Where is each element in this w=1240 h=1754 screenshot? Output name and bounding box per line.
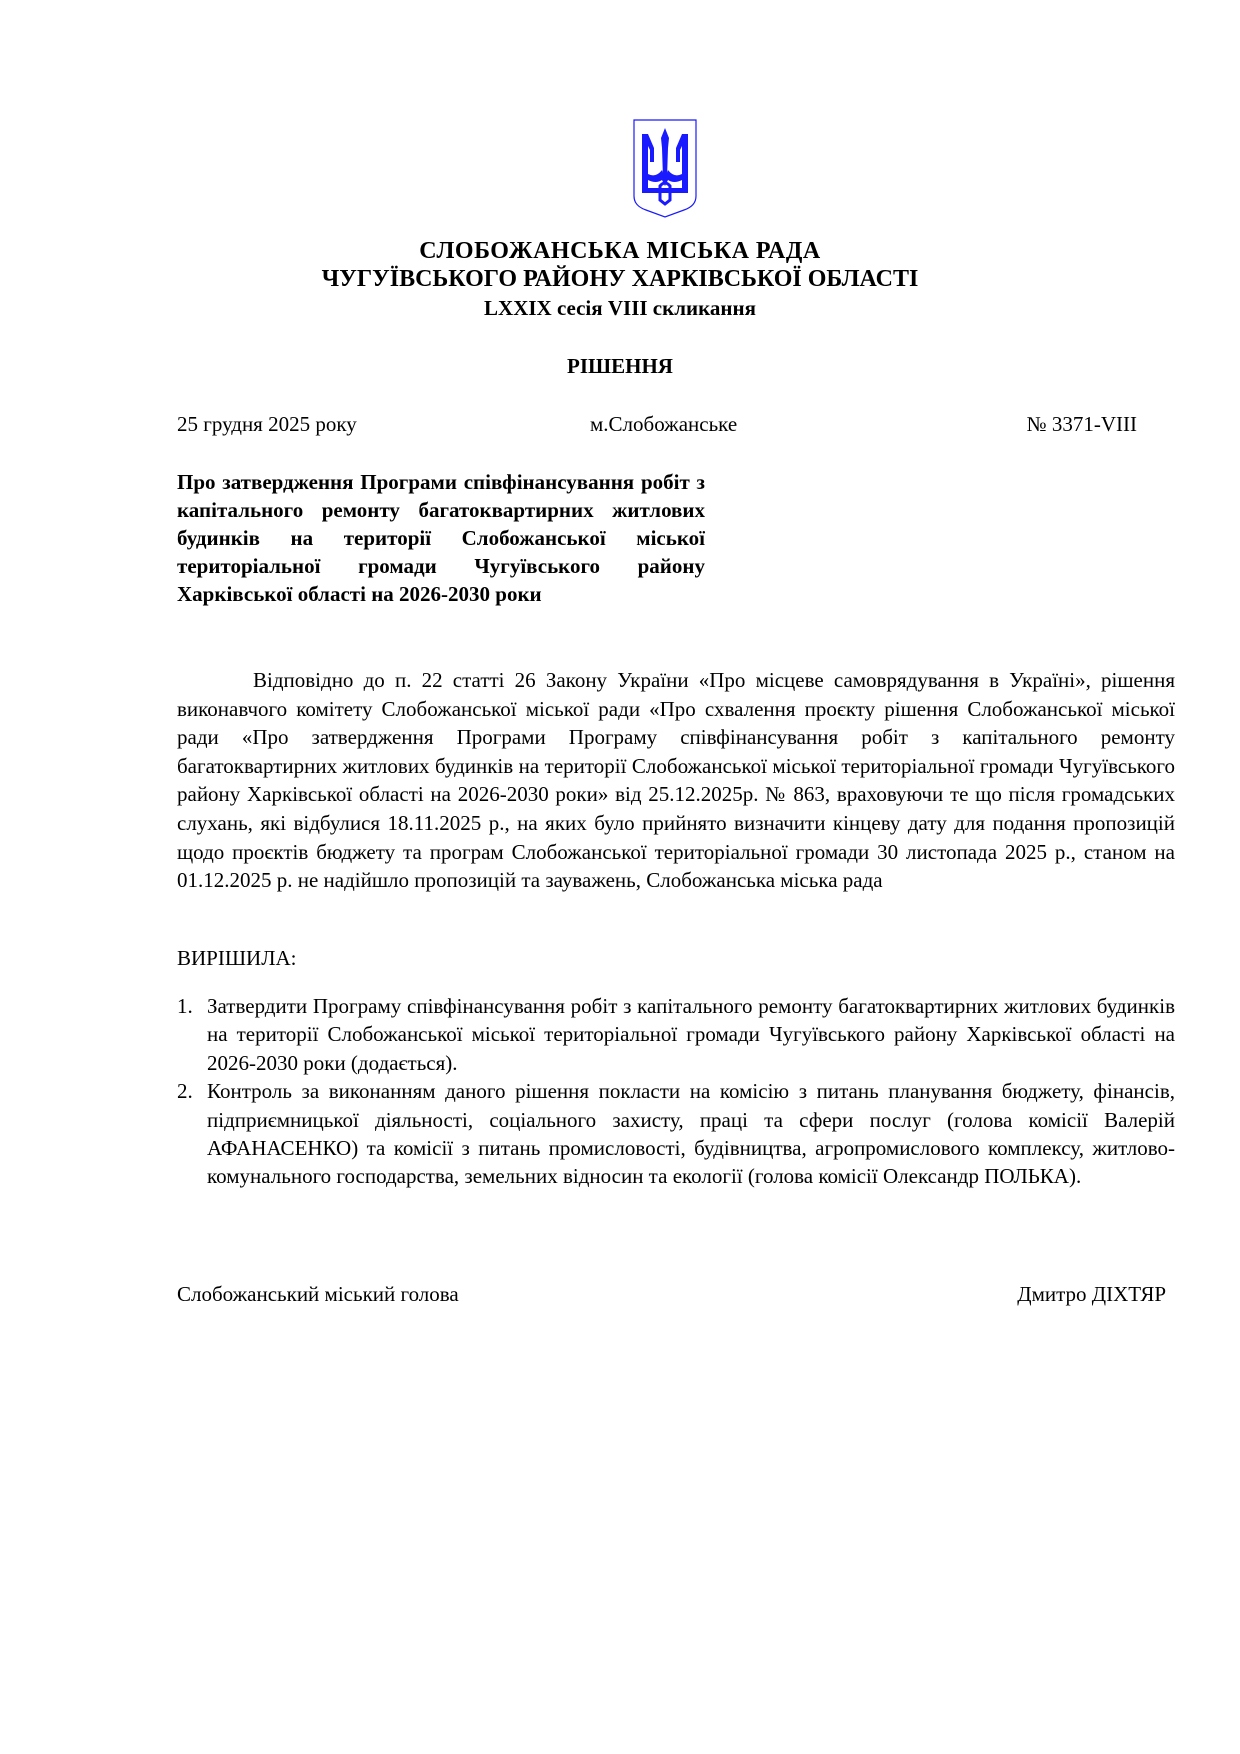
document-meta: 25 грудня 2025 року м.Слобожанське № 337… xyxy=(177,412,1137,440)
council-name: СЛОБОЖАНСЬКА МІСЬКА РАДА xyxy=(0,238,1240,265)
document-number: № 3371-VIII xyxy=(1027,412,1137,437)
document-place: м.Слобожанське xyxy=(590,412,737,437)
session-info: LXXIX сесія VIII скликання xyxy=(0,296,1240,321)
signatory-name: Дмитро ДІХТЯР xyxy=(1017,1282,1166,1307)
preamble-paragraph: Відповідно до п. 22 статті 26 Закону Укр… xyxy=(177,666,1175,895)
item-text: Контроль за виконанням даного рішення по… xyxy=(207,1079,1175,1188)
decision-items: 1. Затвердити Програму співфінансування … xyxy=(177,992,1175,1191)
item-text: Затвердити Програму співфінансування роб… xyxy=(207,994,1175,1075)
item-number: 2. xyxy=(177,1077,193,1105)
document-type: РІШЕННЯ xyxy=(0,354,1240,379)
decision-subject: Про затвердження Програми співфінансуван… xyxy=(177,468,705,608)
resolved-label: ВИРІШИЛА: xyxy=(177,946,296,971)
signatory-title: Слобожанський міський голова xyxy=(177,1282,459,1307)
decision-item: 2. Контроль за виконанням даного рішення… xyxy=(177,1077,1175,1191)
district-name: ЧУГУЇВСЬКОГО РАЙОНУ ХАРКІВСЬКОЇ ОБЛАСТІ xyxy=(0,266,1240,293)
decision-item: 1. Затвердити Програму співфінансування … xyxy=(177,992,1175,1077)
ukraine-trident-coat-of-arms-icon xyxy=(632,118,698,218)
document-page: СЛОБОЖАНСЬКА МІСЬКА РАДА ЧУГУЇВСЬКОГО РА… xyxy=(0,0,1240,1754)
item-number: 1. xyxy=(177,992,193,1020)
document-date: 25 грудня 2025 року xyxy=(177,412,357,437)
